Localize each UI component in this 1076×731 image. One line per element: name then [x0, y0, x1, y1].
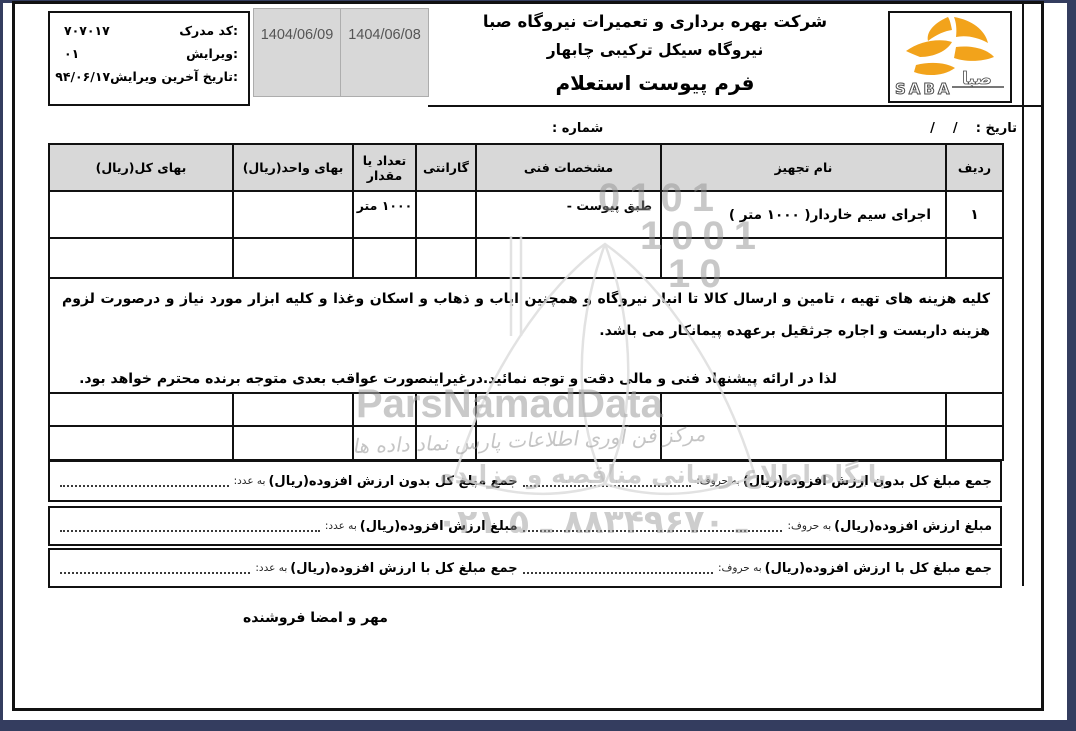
empty-cell [416, 393, 476, 426]
doc-revdate-value: ۹۴/۰۶/۱۷ [55, 69, 110, 84]
date-cell-1: 1404/06/09 [253, 8, 341, 97]
note-warning: لذا در ارائه پیشنهاد فنی و مالی دقت و تو… [62, 371, 990, 387]
total-without-vat-row: جمع مبلغ کل بدون ارزش افزوده(ریال) به حر… [48, 460, 1002, 502]
empty-row-3 [49, 393, 1003, 426]
table-header-row: ردیف نام تجهیز مشخصات فنی گارانتی تعداد … [49, 144, 1003, 191]
doc-revdate-label: تاریخ آخرین ویرایش: [110, 69, 238, 84]
header-divider [428, 105, 1041, 107]
doc-code-row: کد مدرک: ۷۰۷۰۱۷ [64, 23, 238, 38]
empty-cell [49, 238, 233, 278]
notes-row: کلیه هزینه های تهیه ، تامین و ارسال کالا… [49, 278, 1003, 393]
empty-cell [353, 393, 416, 426]
dotted-blank [523, 530, 783, 532]
dotted-blank [60, 530, 320, 532]
col-header-qty: تعداد یا مقدار [353, 144, 416, 191]
number-field: شماره : [552, 121, 603, 136]
empty-cell [661, 393, 946, 426]
empty-row-4 [49, 426, 1003, 460]
dotted-blank [60, 572, 250, 574]
saba-flame-icon: SABA صبا [892, 15, 1008, 99]
dotted-blank [523, 572, 713, 574]
empty-cell [416, 238, 476, 278]
empty-cell [233, 393, 353, 426]
empty-cell [946, 393, 1003, 426]
plant-name: نیروگاه سیکل ترکیبی چابهار [415, 41, 895, 59]
title-block: شرکت بهره برداری و تعمیرات نیروگاه صبا ن… [415, 12, 895, 95]
empty-cell [946, 238, 1003, 278]
empty-cell [661, 238, 946, 278]
col-header-unit-price: بهای واحد(ریال) [233, 144, 353, 191]
screenshot-root: { "colors": { "surround": "#343D5F", "lo… [0, 0, 1076, 731]
in-words-suffix: به حروف: [696, 475, 740, 487]
company-name: شرکت بهره برداری و تعمیرات نیروگاه صبا [415, 12, 895, 31]
doc-code-label: کد مدرک: [179, 23, 238, 38]
in-words-suffix: به حروف: [787, 520, 831, 532]
empty-cell [476, 426, 661, 460]
empty-cell [476, 238, 661, 278]
item-qty: ۱۰۰۰ متر [353, 191, 416, 238]
col-header-specs: مشخصات فنی [476, 144, 661, 191]
in-words-suffix: به حروف: [718, 562, 762, 574]
empty-cell [946, 426, 1003, 460]
vat-amount-label: مبلغ ارزش افزوده(ریال) [834, 519, 992, 534]
logo-script-text: صبا [962, 69, 992, 89]
empty-cell [353, 238, 416, 278]
date-field: تاریخ : / / [930, 121, 1017, 136]
dotted-blank [523, 485, 692, 487]
doc-revision-label: ویرایش: [186, 46, 238, 61]
doc-revision-row: ویرایش: ۰۱ [64, 46, 238, 61]
empty-cell [353, 426, 416, 460]
empty-cell [49, 393, 233, 426]
logo-latin-text: SABA [895, 80, 952, 98]
doc-code-value: ۷۰۷۰۱۷ [64, 23, 110, 38]
empty-cell [661, 426, 946, 460]
col-header-warranty: گارانتی [416, 144, 476, 191]
in-figures-suffix: به عدد: [325, 520, 357, 532]
col-header-total-price: بهای کل(ریال) [49, 144, 233, 191]
item-row-1: ۱ اجرای سیم خاردار( ۱۰۰۰ متر ) طبق پیوست… [49, 191, 1003, 238]
item-total-price-empty [49, 191, 233, 238]
in-figures-suffix: به عدد: [255, 562, 287, 574]
item-warranty-empty [416, 191, 476, 238]
form-title: فرم پیوست استعلام [415, 71, 895, 95]
item-name: اجرای سیم خاردار( ۱۰۰۰ متر ) [661, 191, 946, 238]
dotted-blank [60, 485, 229, 487]
empty-cell [49, 426, 233, 460]
seller-signature-label: مهر و امضا فروشنده [243, 610, 388, 626]
inner-right-rule [1022, 4, 1024, 586]
col-header-name: نام تجهیز [661, 144, 946, 191]
total-with-vat-row: جمع مبلغ کل با ارزش افزوده(ریال) به حروف… [48, 548, 1002, 588]
notes-cell: کلیه هزینه های تهیه ، تامین و ارسال کالا… [49, 278, 1003, 393]
note-costs: کلیه هزینه های تهیه ، تامین و ارسال کالا… [62, 283, 990, 347]
item-row-no: ۱ [946, 191, 1003, 238]
col-header-row-no: ردیف [946, 144, 1003, 191]
total-without-vat-label: جمع مبلغ کل بدون ارزش افزوده(ریال) [743, 474, 992, 489]
saba-logo: SABA صبا [888, 11, 1012, 103]
empty-cell [416, 426, 476, 460]
item-unit-price-empty [233, 191, 353, 238]
empty-row-2 [49, 238, 1003, 278]
total-with-vat-label: جمع مبلغ کل با ارزش افزوده(ریال) [765, 561, 992, 576]
total-with-vat-label: جمع مبلغ کل با ارزش افزوده(ریال) [290, 561, 517, 576]
in-figures-suffix: به عدد: [234, 475, 266, 487]
empty-cell [233, 426, 353, 460]
doc-info-box: کد مدرک: ۷۰۷۰۱۷ ویرایش: ۰۱ تاریخ آخرین و… [48, 11, 250, 106]
empty-cell [476, 393, 661, 426]
total-without-vat-label: جمع مبلغ کل بدون ارزش افزوده(ریال) [268, 474, 517, 489]
doc-revdate-row: تاریخ آخرین ویرایش: ۹۴/۰۶/۱۷ [64, 69, 238, 84]
doc-revision-value: ۰۱ [64, 46, 79, 61]
vat-amount-row: مبلغ ارزش افزوده(ریال) به حروف: مبلغ ارز… [48, 506, 1002, 546]
vat-amount-label: مبلغ ارزش افزوده(ریال) [360, 519, 518, 534]
item-specs: طبق پیوست - [476, 191, 661, 238]
document-page: کد مدرک: ۷۰۷۰۱۷ ویرایش: ۰۱ تاریخ آخرین و… [12, 1, 1044, 711]
date-cells: 1404/06/09 1404/06/08 [253, 8, 429, 97]
items-table: ردیف نام تجهیز مشخصات فنی گارانتی تعداد … [48, 143, 1004, 461]
empty-cell [233, 238, 353, 278]
